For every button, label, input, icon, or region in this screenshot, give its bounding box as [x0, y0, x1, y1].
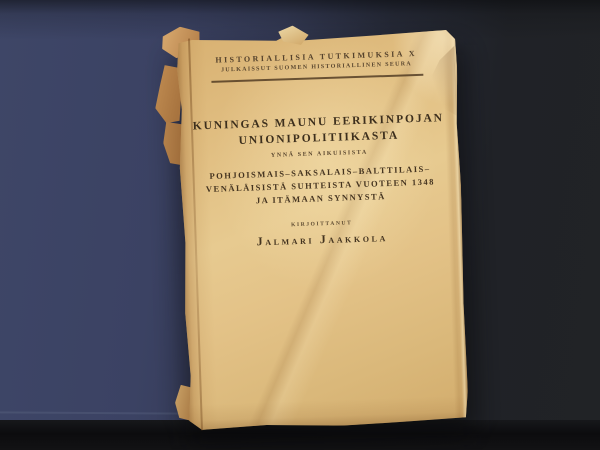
table-back-edge	[0, 411, 190, 414]
book: HISTORIALLISIA TUTKIMUKSIA X JULKAISSUT …	[175, 30, 469, 431]
book-photograph: HISTORIALLISIA TUTKIMUKSIA X JULKAISSUT …	[0, 0, 600, 450]
